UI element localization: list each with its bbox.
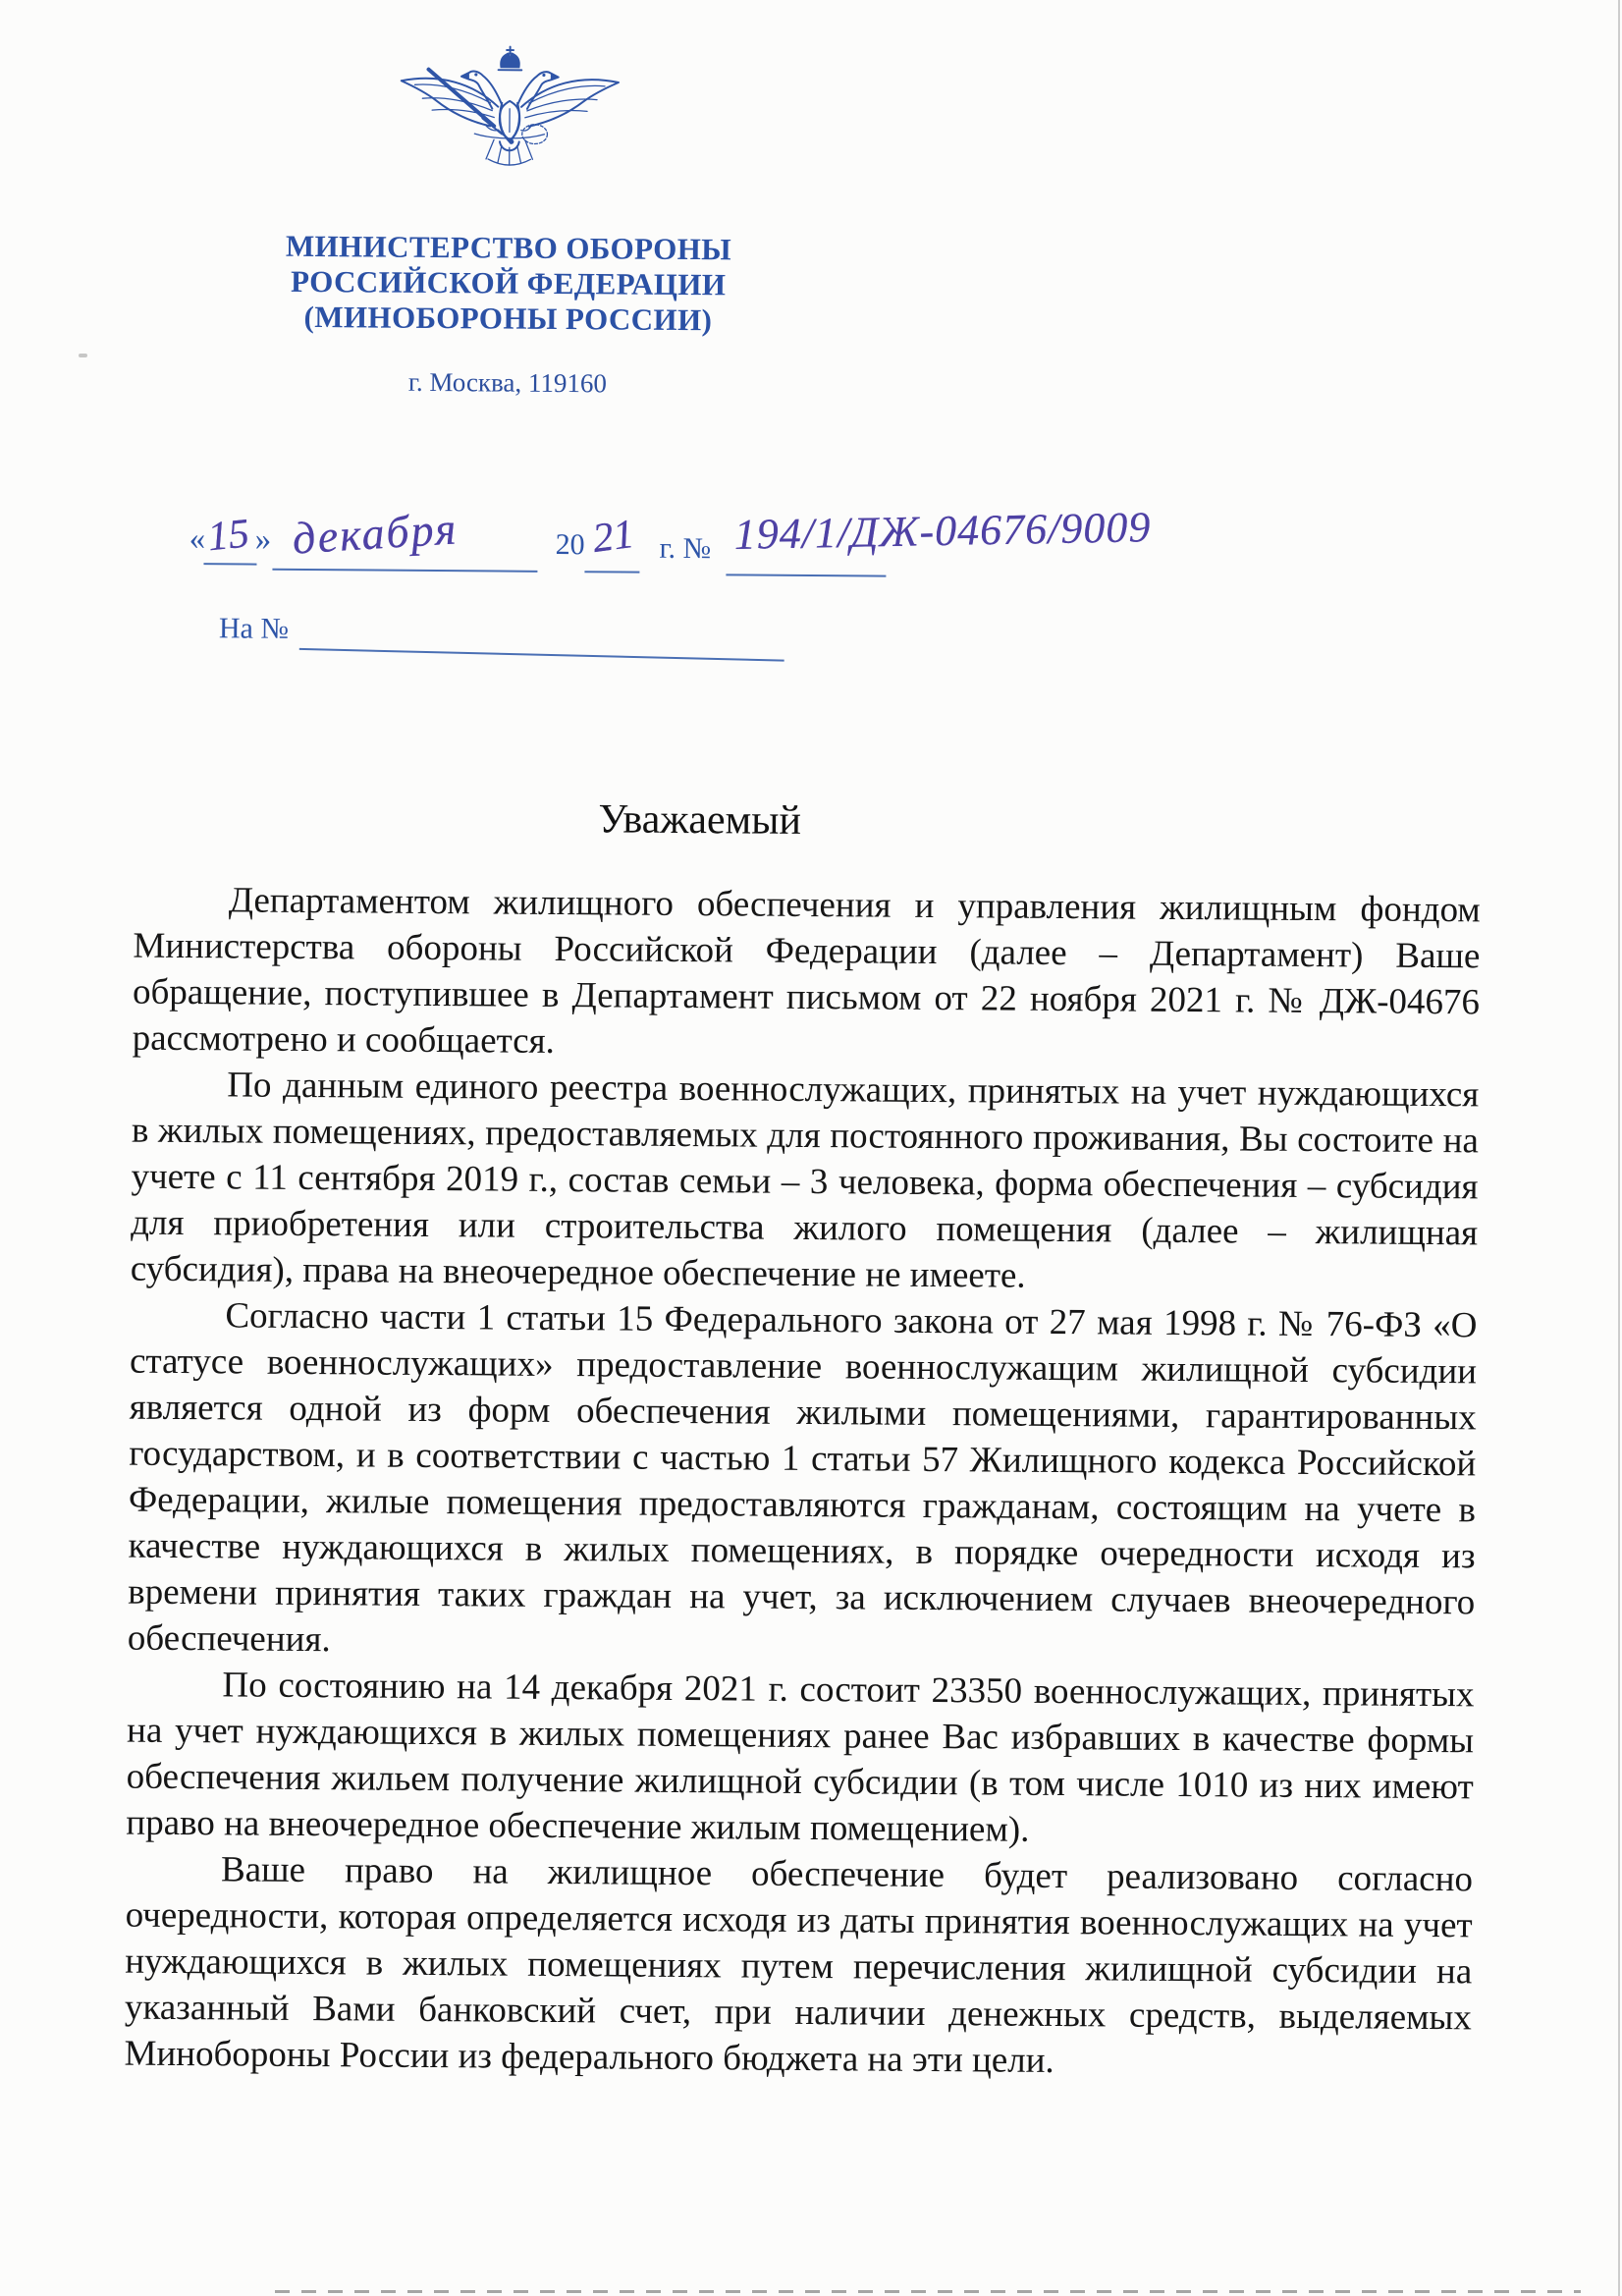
- scan-bottom-edge-artifact: [275, 2290, 1581, 2293]
- scan-right-edge-line: [1618, 0, 1620, 2296]
- year-underline: [584, 571, 639, 573]
- year-suffix-number-sign: г. №: [659, 532, 711, 566]
- reply-reference-underline: [299, 648, 784, 662]
- handwritten-month: декабря: [291, 502, 459, 564]
- greeting: Уважаемый: [598, 795, 801, 845]
- paragraph-5: Ваше право на жилищное обеспечение будет…: [124, 1846, 1473, 2088]
- year-prefix: 20: [555, 528, 584, 562]
- org-name-line1: МИНИСТЕРСТВО ОБОРОНЫ: [165, 228, 852, 268]
- paragraph-4: По состоянию на 14 декабря 2021 г. состо…: [126, 1662, 1474, 1857]
- number-underline: [726, 574, 886, 576]
- handwritten-day: 15: [205, 510, 250, 561]
- scan-tilt-wrapper: МИНИСТЕРСТВО ОБОРОНЫ РОССИЙСКОЙ ФЕДЕРАЦИ…: [0, 0, 1622, 2296]
- reply-reference-label: На №: [219, 612, 289, 646]
- scanned-letter-page: МИНИСТЕРСТВО ОБОРОНЫ РОССИЙСКОЙ ФЕДЕРАЦИ…: [0, 0, 1622, 2296]
- day-underline: [203, 563, 256, 565]
- letterhead: МИНИСТЕРСТВО ОБОРОНЫ РОССИЙСКОЙ ФЕДЕРАЦИ…: [164, 42, 854, 401]
- org-name-line3: (МИНОБОРОНЫ РОССИИ): [164, 299, 851, 339]
- month-underline: [272, 569, 537, 573]
- scan-speck: [79, 354, 87, 357]
- handwritten-outgoing-number: 194/1/ДЖ-04676/9009: [733, 502, 1151, 560]
- letter-body: Департаментом жилищного обеспечения и уп…: [124, 877, 1481, 2088]
- paragraph-2: По данным единого реестра военнослужащих…: [131, 1062, 1480, 1303]
- paragraph-3: Согласно части 1 статьи 15 Федерального …: [128, 1292, 1478, 1672]
- handwritten-year: 21: [590, 511, 637, 563]
- date-open-quote: «: [189, 521, 206, 558]
- org-address: г. Москва, 119160: [164, 365, 851, 401]
- date-close-quote: »: [255, 522, 272, 559]
- paragraph-1: Департаментом жилищного обеспечения и уп…: [132, 877, 1480, 1072]
- double-headed-eagle-emblem-icon: [392, 44, 626, 201]
- org-name-line2: РОССИЙСКОЙ ФЕДЕРАЦИИ: [165, 263, 852, 303]
- organization-name: МИНИСТЕРСТВО ОБОРОНЫ РОССИЙСКОЙ ФЕДЕРАЦИ…: [164, 228, 852, 339]
